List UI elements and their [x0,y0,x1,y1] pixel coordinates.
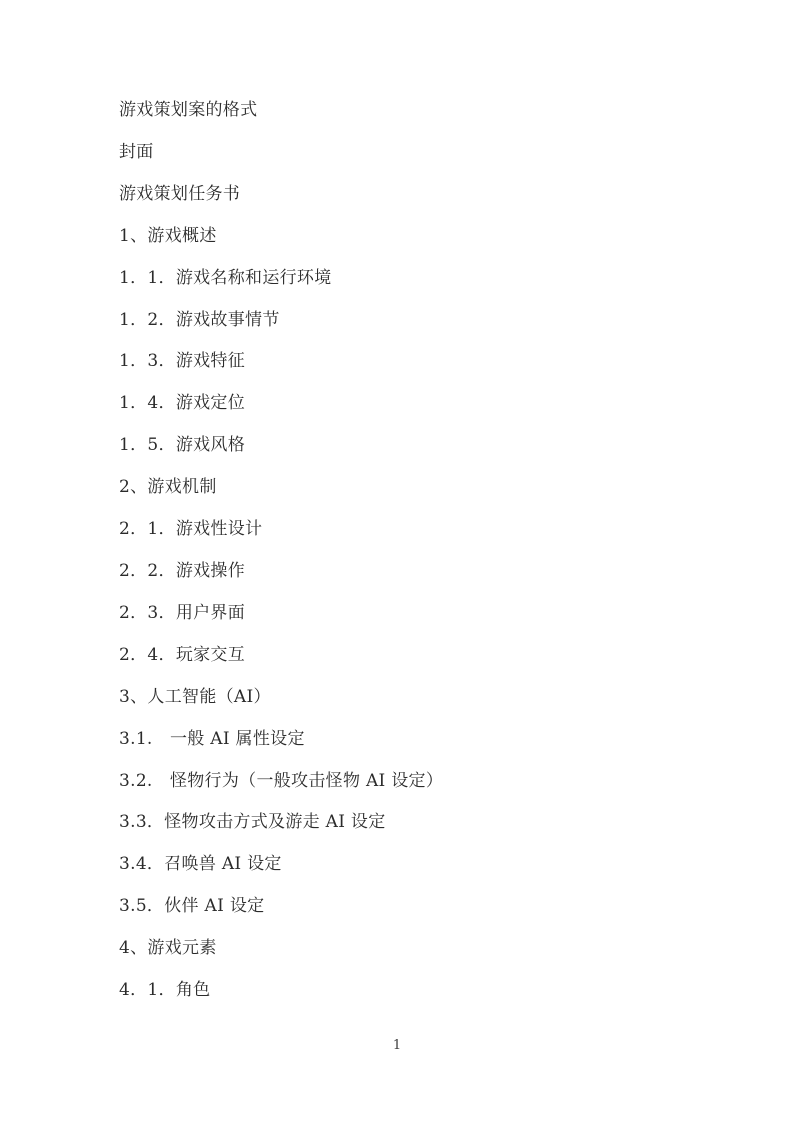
outline-line: 1、游戏概述 [119,216,734,258]
outline-line: 封面 [119,132,734,174]
outline-line: 3.3．怪物攻击方式及游走 AI 设定 [119,802,734,844]
outline-line: 游戏策划任务书 [119,174,734,216]
document-page: 游戏策划案的格式封面游戏策划任务书1、游戏概述1．1．游戏名称和运行环境1．2．… [0,0,794,1123]
outline-line: 2．2．游戏操作 [119,551,734,593]
outline-line: 4．1．角色 [119,970,734,1012]
outline-line: 1．4．游戏定位 [119,383,734,425]
outline-line: 1．3．游戏特征 [119,341,734,383]
outline-line: 1．5．游戏风格 [119,425,734,467]
outline-line: 3.5．伙伴 AI 设定 [119,886,734,928]
outline-line: 3.4．召唤兽 AI 设定 [119,844,734,886]
outline-line: 1．2．游戏故事情节 [119,300,734,342]
outline-line: 4、游戏元素 [119,928,734,970]
outline-line: 1．1．游戏名称和运行环境 [119,258,734,300]
outline-line: 2．4．玩家交互 [119,635,734,677]
document-body: 游戏策划案的格式封面游戏策划任务书1、游戏概述1．1．游戏名称和运行环境1．2．… [119,90,734,1012]
outline-line: 3.1. 一般 AI 属性设定 [119,719,734,761]
outline-line: 2．1．游戏性设计 [119,509,734,551]
outline-line: 3.2. 怪物行为（一般攻击怪物 AI 设定） [119,761,734,803]
page-number: 1 [0,1036,794,1056]
outline-line: 2、游戏机制 [119,467,734,509]
outline-line: 游戏策划案的格式 [119,90,734,132]
outline-line: 2．3．用户界面 [119,593,734,635]
outline-line: 3、人工智能（AI） [119,677,734,719]
